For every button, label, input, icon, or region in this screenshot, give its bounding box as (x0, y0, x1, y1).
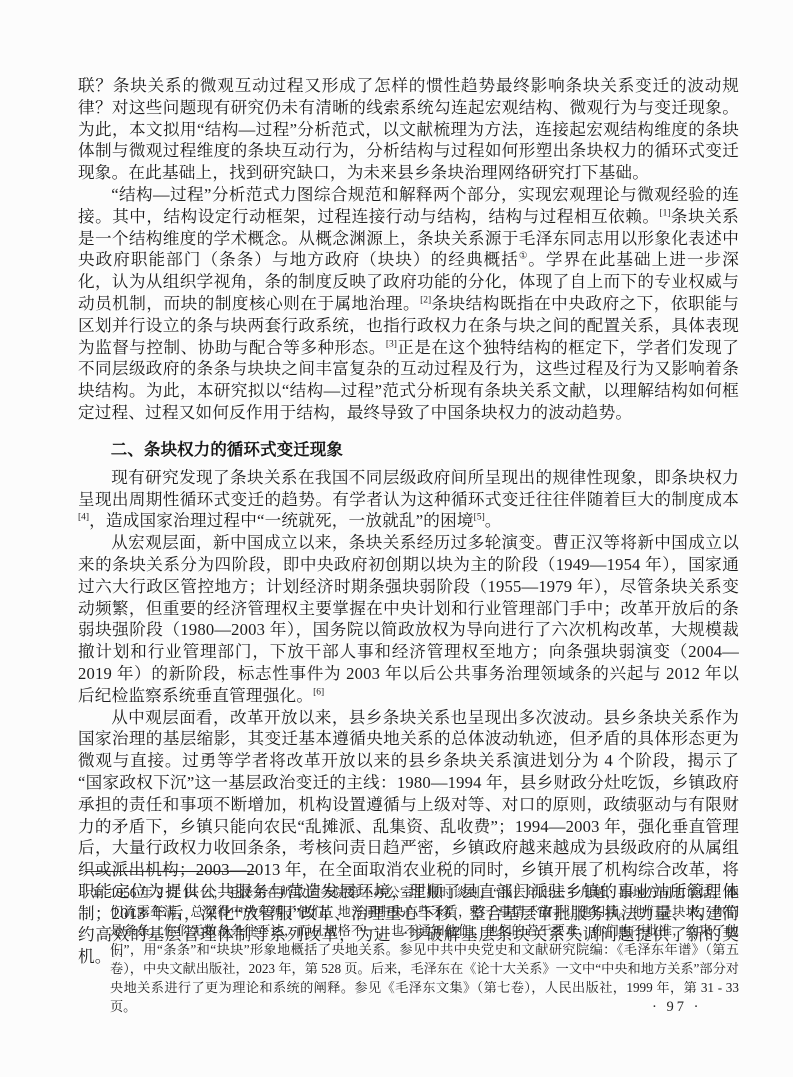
paragraph-continuation: 联？条块关系的微观互动过程又形成了怎样的惯性趋势最终影响条块关系变迁的波动规律？… (78, 75, 739, 184)
footnote-marker: ① (90, 883, 102, 902)
section-heading: 二、条块权力的循环式变迁现象 (78, 439, 739, 461)
paragraph-cyclical-change: 现有研究发现了条块关系在我国不同层级政府间所呈现出的规律性现象，即条块权力呈现出… (78, 467, 739, 532)
footnote-text: 1956 年 2 月 14 日，毛泽东在听取国务院第三办公室汇报时谈到，“我去年… (110, 885, 739, 1014)
footnote-separator (85, 871, 256, 872)
paragraph-macro-level: 从宏观层面，新中国成立以来，条块关系经历过多轮演变。曹正汉等将新中国成立以来的条… (78, 532, 739, 706)
document-page: 联？条块关系的微观互动过程又形成了怎样的惯性趋势最终影响条块关系变迁的波动规律？… (0, 0, 793, 1077)
footnote-1: ① 1956 年 2 月 14 日，毛泽东在听取国务院第三办公室汇报时谈到，“我… (78, 883, 739, 1016)
paragraph-structure-process: “结构—过程”分析范式力图综合规范和解释两个部分，实现宏观理论与微观经验的连接。… (78, 184, 739, 424)
article-body: 联？条块关系的微观互动过程又形成了怎样的惯性趋势最终影响条块关系变迁的波动规律？… (78, 75, 739, 968)
footnotes: ① 1956 年 2 月 14 日，毛泽东在听取国务院第三办公室汇报时谈到，“我… (78, 883, 739, 1016)
page-number: · 97 · (652, 999, 701, 1016)
